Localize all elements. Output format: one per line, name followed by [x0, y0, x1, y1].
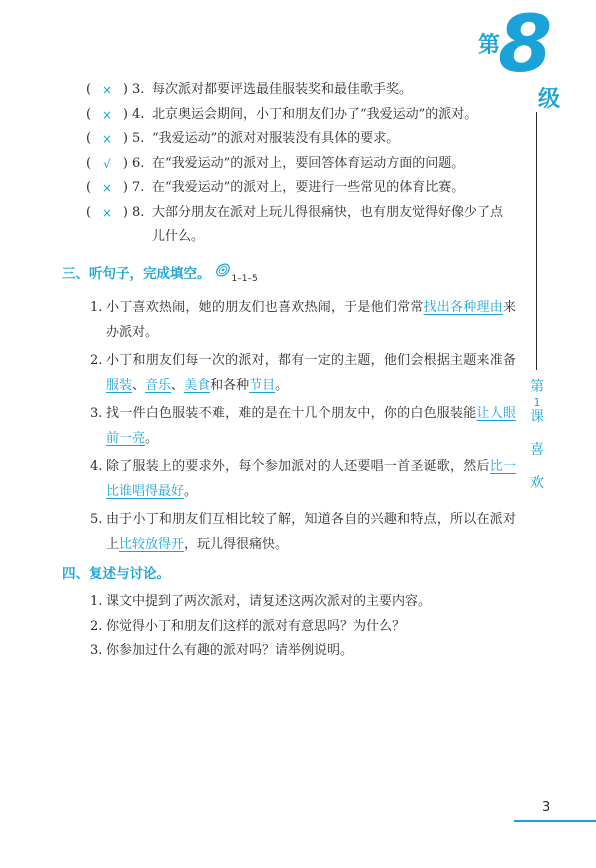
- tf-item: (×) 3. 每次派对都要评选最佳服装奖和最佳歌手奖。: [86, 78, 526, 103]
- filled-answer: 比较放得开: [119, 537, 184, 552]
- filled-answer: 音乐: [145, 378, 171, 393]
- item-text: 你参加过什么有趣的派对吗？请举例说明。: [106, 639, 516, 664]
- answer-mark: ×: [102, 103, 112, 128]
- item-number: 5.: [128, 127, 152, 152]
- level-prefix: 第: [478, 28, 500, 59]
- item-text: 由于小丁和朋友们互相比较了解，知道各自的兴趣和特点，所以在派对上比较放得开，玩儿…: [106, 508, 516, 557]
- item-number: 6.: [128, 152, 152, 177]
- item-number: 4.: [128, 103, 152, 128]
- item-number: 3.: [128, 78, 152, 103]
- section-heading-listening: 三、听句子，完成填空。 1–1–5: [62, 262, 258, 282]
- tf-item: (×) 7. 在“我爱运动”的派对上，要进行一些常见的体育比赛。: [86, 176, 526, 201]
- item-number: 5.: [90, 508, 106, 557]
- item-number: 7.: [128, 176, 152, 201]
- item-text: 除了服装上的要求外，每个参加派对的人还要唱一首圣诞歌，然后比一比谁唱得最好。: [106, 455, 516, 504]
- tf-item: (√) 6. 在“我爱运动”的派对上，要回答体育运动方面的问题。: [86, 152, 526, 177]
- item-text: 小丁喜欢热闹，她的朋友们也喜欢热闹，于是他们常常找出各种理由来办派对。: [106, 296, 516, 345]
- item-text: 小丁和朋友们每一次的派对，都有一定的主题，他们会根据主题来准备服装、音乐、美食和…: [106, 349, 516, 398]
- item-text: 在“我爱运动”的派对上，要回答体育运动方面的问题。: [152, 152, 526, 177]
- level-suffix: 级: [538, 82, 560, 113]
- filled-answer: 找出各种理由: [424, 300, 503, 315]
- tf-item: (×) 8. 大部分朋友在派对上玩儿得很痛快，也有朋友觉得好像少了点: [86, 201, 526, 226]
- fill-item: 5. 由于小丁和朋友们互相比较了解，知道各自的兴趣和特点，所以在派对上比较放得开…: [90, 508, 516, 557]
- section-title: 四、复述与讨论。: [62, 562, 170, 582]
- answer-mark: ×: [102, 176, 112, 201]
- discussion-item: 1. 课文中提到了两次派对，请复述这两次派对的主要内容。: [90, 590, 516, 615]
- section-heading-retell: 四、复述与讨论。: [62, 562, 170, 582]
- fill-item: 1. 小丁喜欢热闹，她的朋友们也喜欢热闹，于是他们常常找出各种理由来办派对。: [90, 296, 516, 345]
- item-text: 你觉得小丁和朋友们这样的派对有意思吗？为什么？: [106, 615, 516, 640]
- tf-item: (×) 4. 北京奥运会期间，小丁和朋友们办了“我爱运动”的派对。: [86, 103, 526, 128]
- true-false-list: (×) 3. 每次派对都要评选最佳服装奖和最佳歌手奖。 (×) 4. 北京奥运会…: [86, 78, 526, 250]
- level-number: 8: [498, 6, 552, 84]
- item-number: 3.: [90, 639, 106, 664]
- section-title: 三、听句子，完成填空。: [62, 262, 211, 282]
- filled-answer: 美食: [184, 378, 210, 393]
- fill-in-list: 1. 小丁喜欢热闹，她的朋友们也喜欢热闹，于是他们常常找出各种理由来办派对。 2…: [90, 296, 516, 561]
- item-text: 在“我爱运动”的派对上，要进行一些常见的体育比赛。: [152, 176, 526, 201]
- answer-mark: ×: [102, 127, 112, 152]
- fill-item: 3. 找一件白色服装不难，难的是在十几个朋友中，你的白色服装能让人眼前一亮。: [90, 402, 516, 451]
- item-text: 每次派对都要评选最佳服装奖和最佳歌手奖。: [152, 78, 526, 103]
- discussion-list: 1. 课文中提到了两次派对，请复述这两次派对的主要内容。 2. 你觉得小丁和朋友…: [90, 590, 516, 664]
- item-text: 北京奥运会期间，小丁和朋友们办了“我爱运动”的派对。: [152, 103, 526, 128]
- item-number: 1.: [90, 296, 106, 345]
- side-char: 第: [530, 378, 544, 397]
- item-text: 大部分朋友在派对上玩儿得很痛快，也有朋友觉得好像少了点: [152, 201, 526, 226]
- item-text-continuation: 儿什么。: [86, 225, 526, 250]
- item-text: 找一件白色服装不难，难的是在十几个朋友中，你的白色服装能让人眼前一亮。: [106, 402, 516, 451]
- tf-item: (×) 5. “我爱运动”的派对对服装没有具体的要求。: [86, 127, 526, 152]
- audio-disc-icon[interactable]: [215, 262, 231, 278]
- filled-answer: 节目: [249, 378, 275, 393]
- answer-mark: √: [103, 152, 111, 177]
- item-number: 8.: [128, 201, 152, 226]
- filled-answer: 服装: [106, 378, 132, 393]
- item-text: “我爱运动”的派对对服装没有具体的要求。: [152, 127, 526, 152]
- side-divider: [536, 112, 537, 370]
- lesson-side-label: 第 1 课 喜 欢: [528, 378, 546, 493]
- item-number: 2.: [90, 615, 106, 640]
- side-char: 课: [530, 408, 544, 427]
- side-char: 喜: [530, 441, 544, 460]
- side-char: 1: [534, 397, 541, 408]
- fill-item: 4. 除了服装上的要求外，每个参加派对的人还要唱一首圣诞歌，然后比一比谁唱得最好…: [90, 455, 516, 504]
- item-number: 3.: [90, 402, 106, 451]
- page-number-rule: [514, 820, 596, 822]
- discussion-item: 2. 你觉得小丁和朋友们这样的派对有意思吗？为什么？: [90, 615, 516, 640]
- answer-mark: ×: [102, 78, 112, 103]
- answer-mark: ×: [102, 201, 112, 226]
- item-number: 1.: [90, 590, 106, 615]
- textbook-page: 第 8 级 第 1 课 喜 欢 (×) 3. 每次派对都要评选最佳服装奖和最佳歌…: [0, 0, 596, 868]
- page-number: 3: [542, 800, 550, 815]
- item-number: 2.: [90, 349, 106, 398]
- audio-track-ref: 1–1–5: [232, 274, 258, 284]
- discussion-item: 3. 你参加过什么有趣的派对吗？请举例说明。: [90, 639, 516, 664]
- side-char: 欢: [530, 474, 544, 493]
- fill-item: 2. 小丁和朋友们每一次的派对，都有一定的主题，他们会根据主题来准备服装、音乐、…: [90, 349, 516, 398]
- item-text: 课文中提到了两次派对，请复述这两次派对的主要内容。: [106, 590, 516, 615]
- item-number: 4.: [90, 455, 106, 504]
